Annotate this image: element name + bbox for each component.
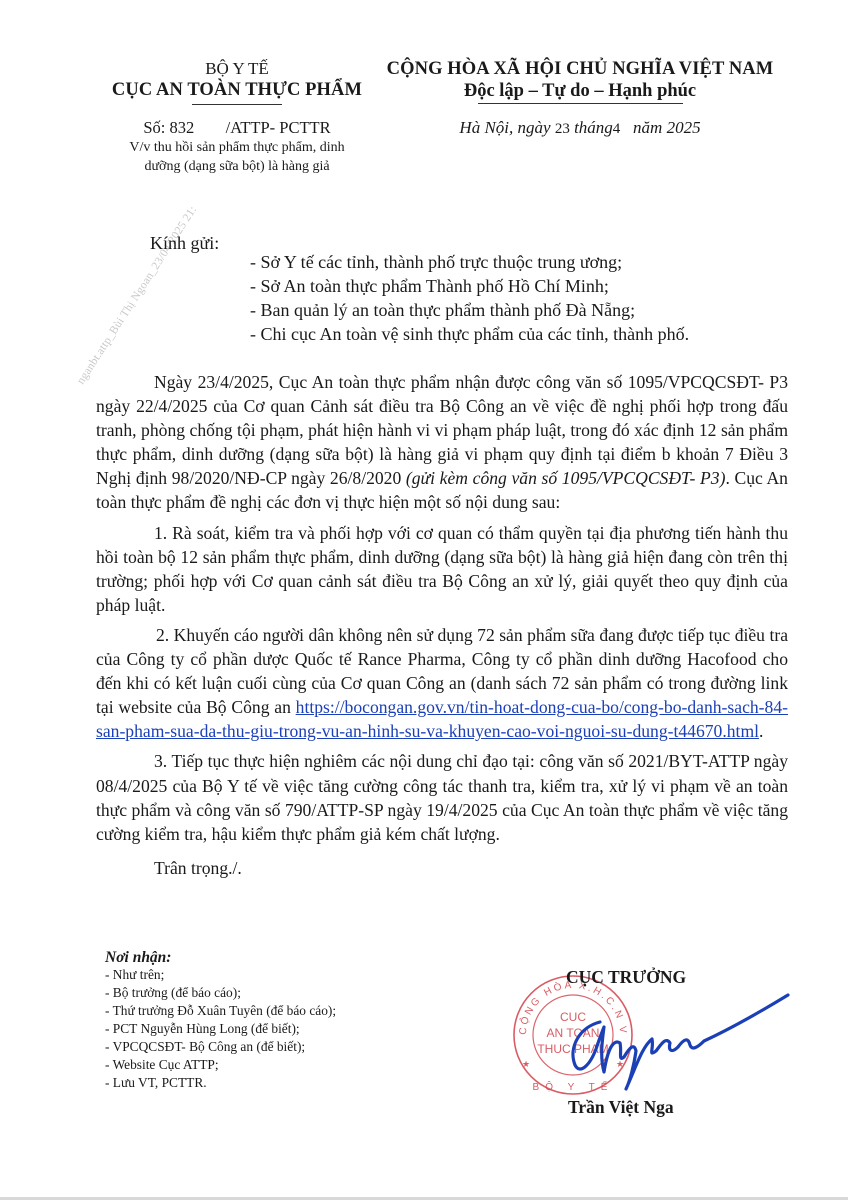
document-number: Số: 832 /ATTP- PCTTR bbox=[92, 118, 382, 138]
month: 4 bbox=[613, 121, 621, 137]
doc-number-value: 832 bbox=[170, 118, 222, 138]
doc-number-label: Số: bbox=[143, 118, 165, 137]
subject-line-2: dưỡng (dạng sữa bột) là hàng giả bbox=[92, 158, 382, 176]
place: Hà Nội, ngày bbox=[459, 118, 550, 137]
distribution-item: - Lưu VT, PCTTR. bbox=[105, 1074, 336, 1092]
distribution-item: - Thứ trưởng Đỗ Xuân Tuyên (để báo cáo); bbox=[105, 1002, 336, 1020]
distribution-item: - Như trên; bbox=[105, 966, 336, 984]
doc-number-code: /ATTP- PCTTR bbox=[226, 118, 331, 137]
document-body: Ngày 23/4/2025, Cục An toàn thực phẩm nh… bbox=[96, 370, 788, 879]
recipient-item: - Sở An toàn thực phẩm Thành phố Hồ Chí … bbox=[250, 274, 689, 298]
recipients-label: Kính gửi: bbox=[150, 233, 219, 254]
distribution-list: Nơi nhận: - Như trên; - Bộ trưởng (để bá… bbox=[105, 949, 336, 1092]
recipients-list: - Sở Y tế các tỉnh, thành phố trực thuộc… bbox=[250, 250, 689, 346]
digital-signature-watermark: nganbt.attp_Bùi Thị Ngoan_23/04/2025 21: bbox=[75, 204, 199, 386]
distribution-item: - PCT Nguyễn Hùng Long (để biết); bbox=[105, 1020, 336, 1038]
day: 23 bbox=[555, 121, 570, 137]
year: năm 2025 bbox=[633, 118, 701, 137]
item-2: 2. Khuyến cáo người dân không nên sử dụn… bbox=[96, 623, 788, 743]
closing-remark: Trân trọng./. bbox=[154, 858, 788, 879]
distribution-item: - Bộ trưởng (để báo cáo); bbox=[105, 984, 336, 1002]
distribution-title: Nơi nhận: bbox=[105, 949, 336, 966]
header-underline bbox=[192, 104, 282, 105]
document-page: nganbt.attp_Bùi Thị Ngoan_23/04/2025 21:… bbox=[0, 0, 848, 1200]
national-motto: Độc lập – Tự do – Hạnh phúc bbox=[464, 80, 696, 102]
distribution-item: - Website Cục ATTP; bbox=[105, 1056, 336, 1074]
national-header: CỘNG HÒA XÃ HỘI CHỦ NGHĨA VIỆT NAM Độc l… bbox=[380, 58, 780, 138]
recipient-item: - Sở Y tế các tỉnh, thành phố trực thuộc… bbox=[250, 250, 689, 274]
intro-paragraph: Ngày 23/4/2025, Cục An toàn thực phẩm nh… bbox=[96, 370, 788, 515]
svg-text:★: ★ bbox=[522, 1059, 530, 1069]
item-2-end: . bbox=[759, 721, 763, 741]
recipient-item: - Ban quản lý an toàn thực phẩm thành ph… bbox=[250, 298, 689, 322]
distribution-item: - VPCQCSĐT- Bộ Công an (để biết); bbox=[105, 1038, 336, 1056]
agency-name: CỤC AN TOÀN THỰC PHẨM bbox=[92, 79, 382, 101]
intro-attachment-note: (gửi kèm công văn số 1095/VPCQCSĐT- P3) bbox=[406, 468, 726, 488]
signer-name: Trần Việt Nga bbox=[568, 1097, 674, 1118]
item-1: 1. Rà soát, kiểm tra và phối hợp với cơ … bbox=[96, 521, 788, 617]
place-date: Hà Nội, ngày 23 tháng4 năm 2025 bbox=[380, 118, 780, 138]
motto-underline bbox=[478, 103, 683, 104]
handwritten-signature-icon bbox=[530, 977, 790, 1092]
recipient-item: - Chi cục An toàn vệ sinh thực phẩm của … bbox=[250, 322, 689, 346]
item-3: 3. Tiếp tục thực hiện nghiêm các nội dun… bbox=[96, 749, 788, 845]
ministry-name: BỘ Y TẾ bbox=[92, 58, 382, 79]
issuer-header: BỘ Y TẾ CỤC AN TOÀN THỰC PHẨM Số: 832 /A… bbox=[92, 58, 382, 176]
republic-title: CỘNG HÒA XÃ HỘI CHỦ NGHĨA VIỆT NAM bbox=[380, 58, 780, 80]
subject-line-1: V/v thu hồi sản phẩm thực phẩm, dinh bbox=[92, 139, 382, 157]
month-label: tháng bbox=[574, 118, 613, 137]
